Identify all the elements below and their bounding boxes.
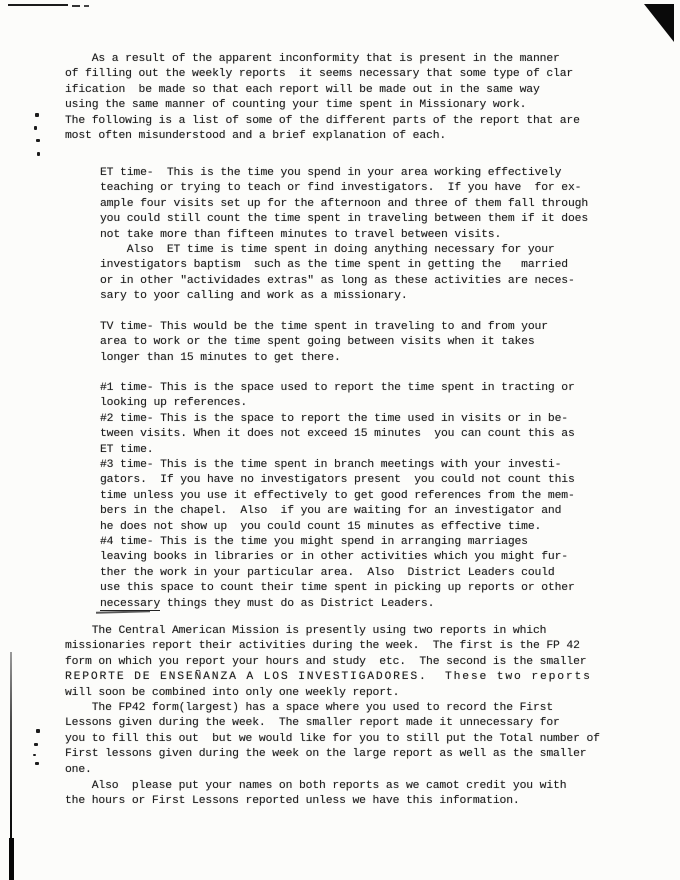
text-line: gators. If you have no investigators pre… (100, 473, 575, 488)
text-line: you to fill this out but we would like f… (65, 732, 600, 747)
text-line: the hours or First Lessons reported unle… (65, 794, 566, 809)
margin-speck (35, 762, 39, 765)
text-line: Lessons given during the week. The small… (65, 716, 600, 731)
text-line: Also please put your names on both repor… (65, 779, 566, 794)
text-line: bers in the chapel. Also if you are wait… (100, 504, 575, 519)
text-line: or in other "actividades extras" as long… (100, 274, 588, 289)
margin-speck (36, 729, 40, 733)
paragraph-central-mission: The Central American Mission is presentl… (65, 624, 592, 701)
text-line: Also ET time is time spent in doing anyt… (100, 243, 588, 258)
margin-speck (35, 113, 39, 117)
text-line: teaching or trying to teach or find inve… (100, 181, 588, 196)
text-line: ET time. (100, 443, 575, 458)
text-line: not take more than fifteen minutes to tr… (100, 228, 588, 243)
text-line: The following is a list of some of the d… (65, 114, 580, 129)
text-line: #1 time- This is the space used to repor… (100, 381, 575, 396)
text-line: most often misunderstood and a brief exp… (65, 129, 580, 144)
scan-top-edge-dash (72, 5, 80, 7)
text-line: using the same manner of counting your t… (65, 98, 580, 113)
text-line: area to work or the time spent going bet… (100, 335, 548, 350)
text-line: #2 time- This is the space to report the… (100, 412, 575, 427)
text-line: of filling out the weekly reports it see… (65, 67, 580, 82)
text-line: #3 time- This is the time spent in branc… (100, 458, 575, 473)
page-corner-fold-triangle (644, 4, 674, 42)
text-line: use this space to count their time spent… (100, 581, 575, 596)
text-line: tween visits. When it does not exceed 15… (100, 427, 575, 442)
text-line: investigators baptism such as the time s… (100, 258, 588, 273)
text-line: REPORTE DE ENSEÑANZA A LOS INVESTIGADORE… (65, 670, 592, 685)
text-line: sary to yoor calling and work as a missi… (100, 289, 588, 304)
text-line: The Central American Mission is presentl… (65, 624, 592, 639)
scan-left-edge-line-thick (9, 838, 14, 880)
text-line: ample four visits set up for the afterno… (100, 197, 588, 212)
text-line: you could still count the time spent in … (100, 212, 588, 227)
underlined-word: necessary (100, 598, 160, 611)
text-line: missionaries report their activities dur… (65, 639, 592, 654)
margin-speck (36, 139, 40, 142)
scanned-page: As a result of the apparent inconformity… (0, 0, 680, 880)
scan-top-edge-line (8, 4, 68, 6)
text-line: leaving books in libraries or in other a… (100, 550, 575, 565)
text-line: longer than 15 minutes to get there. (100, 351, 548, 366)
paragraph-tv-time: TV time- This would be the time spent in… (100, 320, 548, 366)
margin-speck (34, 126, 37, 130)
text-line: The FP42 form(largest) has a space where… (65, 701, 600, 716)
paragraph-et-time: ET time- This is the time you spend in y… (100, 166, 588, 305)
text-line: ther the work in your particular area. A… (100, 566, 575, 581)
paragraph-names-note: Also please put your names on both repor… (65, 779, 566, 810)
text-line: #4 time- This is the time you might spen… (100, 535, 575, 550)
text-line: TV time- This would be the time spent in… (100, 320, 548, 335)
text-line: will soon be combined into only one week… (65, 686, 592, 701)
margin-speck (34, 743, 38, 746)
paragraph-intro: As a result of the apparent inconformity… (65, 52, 580, 144)
text-line: First lessons given during the week on t… (65, 747, 600, 762)
text-line: looking up references. (100, 396, 575, 411)
scan-top-edge-dash (84, 5, 89, 7)
paragraph-numbered-times: #1 time- This is the space used to repor… (100, 381, 575, 612)
margin-speck (37, 152, 40, 156)
text-line: he does not show up you could count 15 m… (100, 520, 575, 535)
margin-speck (33, 754, 36, 756)
text-line: necessary things they must do as Distric… (100, 597, 575, 612)
paragraph-fp42: The FP42 form(largest) has a space where… (65, 701, 600, 778)
text-line: As a result of the apparent inconformity… (65, 52, 580, 67)
text-line: time unless you use it effectively to ge… (100, 489, 575, 504)
text-line: ET time- This is the time you spend in y… (100, 166, 588, 181)
text-line: form on which you report your hours and … (65, 655, 592, 670)
text-line: ification be made so that each report wi… (65, 83, 580, 98)
text-line: one. (65, 763, 600, 778)
